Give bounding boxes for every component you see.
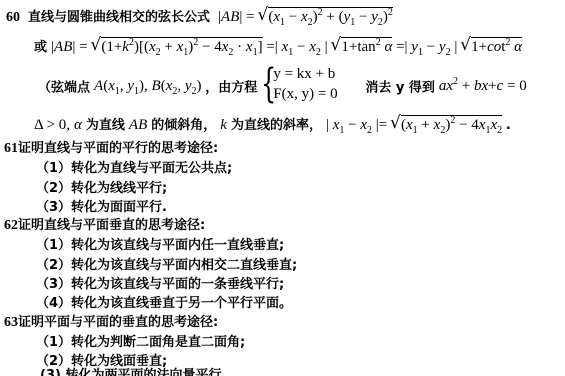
section-62-heading: 62证明直线与平面垂直的思考途径: (4, 214, 205, 234)
list-item: （1）转化为该直线与平面内任一直线垂直; (36, 234, 284, 253)
section-60-delta-line: Δ > 0, α 为直线 AB 的倾斜角， k 为直线的斜率， | x1 − x… (34, 114, 511, 134)
section-title: 证明直线与平面垂直的思考途径: (18, 218, 205, 233)
list-item: （2）转化为线线平行; (36, 177, 167, 196)
section-60-chord-system: （弦端点 A(x1, y1), B(x2, y2) ，由方程 { y = kx … (38, 64, 527, 108)
section-60-heading: 60 直线与圆锥曲线相交的弦长公式 |AB| = (x1 − x2)2 + (y… (6, 6, 393, 26)
k-label: k (220, 117, 227, 133)
eliminate-text: 消去 y 得到 (365, 81, 435, 96)
list-item: （1）转化为直线与平面无公共点; (36, 157, 232, 176)
system-row-1: y = kx + b (273, 64, 337, 84)
list-item: （4）转化为该直线垂直于另一个平行平面。 (36, 292, 292, 311)
ab-label: AB (129, 117, 147, 133)
delta-condition: Δ > 0, (34, 117, 70, 133)
alpha-desc: 为直线 (86, 118, 125, 133)
slope-desc: 为直线的斜率， (231, 118, 322, 133)
left-brace-icon: { (261, 64, 276, 104)
from-equation: ，由方程 (205, 81, 257, 96)
chord-prefix: （弦端点 (38, 81, 90, 96)
section-63-heading: 63证明平面与平面的垂直的思考途径: (4, 311, 218, 331)
end-dot: . (506, 118, 511, 133)
formula-x-difference: | x1 − x2 |= (x1 + x2)2 − 4x1x2 (326, 117, 506, 133)
or-label: 或 (34, 40, 47, 55)
section-title: 证明直线与平面的平行的思考途径: (18, 141, 218, 156)
formula-chord-length-alt: |AB| = (1+k2)[(x2 + x1)2 − 4x2 · x1] =| … (51, 39, 522, 55)
section-number: 63 (4, 315, 18, 330)
section-title: 直线与圆锥曲线相交的弦长公式 (28, 10, 210, 25)
section-title: 证明平面与平面的垂直的思考途径: (18, 315, 218, 330)
list-item: （1）转化为判断二面角是直二面角; (36, 331, 245, 350)
list-item: （2）转化为该直线与平面内相交二直线垂直; (36, 254, 297, 273)
section-61-heading: 61证明直线与平面的平行的思考途径: (4, 137, 218, 157)
list-item: （3）转化为面面平行. (36, 196, 167, 215)
list-item: (3) 转化为两平面的法向量平行。 (40, 364, 234, 376)
incline-text: 的倾斜角， (151, 118, 216, 133)
section-60-alt-formula: 或 |AB| = (1+k2)[(x2 + x1)2 − 4x2 · x1] =… (34, 36, 522, 56)
formula-chord-length: |AB| = (x1 − x2)2 + (y1 − y2)2 (218, 9, 393, 25)
section-number: 62 (4, 218, 18, 233)
chord-points: A(x1, y1), B(x2, y2) (94, 78, 205, 94)
list-item: （3）转化为该直线与平面的一条垂线平行; (36, 273, 284, 292)
quadratic-equation: ax2 + bx+c = 0 (439, 78, 527, 94)
alpha-symbol: α (74, 117, 82, 133)
section-number: 60 (6, 10, 20, 25)
section-number: 61 (4, 141, 18, 156)
equation-system: { y = kx + b F(x, y) = 0 (261, 64, 361, 108)
system-row-2: F(x, y) = 0 (273, 84, 337, 104)
